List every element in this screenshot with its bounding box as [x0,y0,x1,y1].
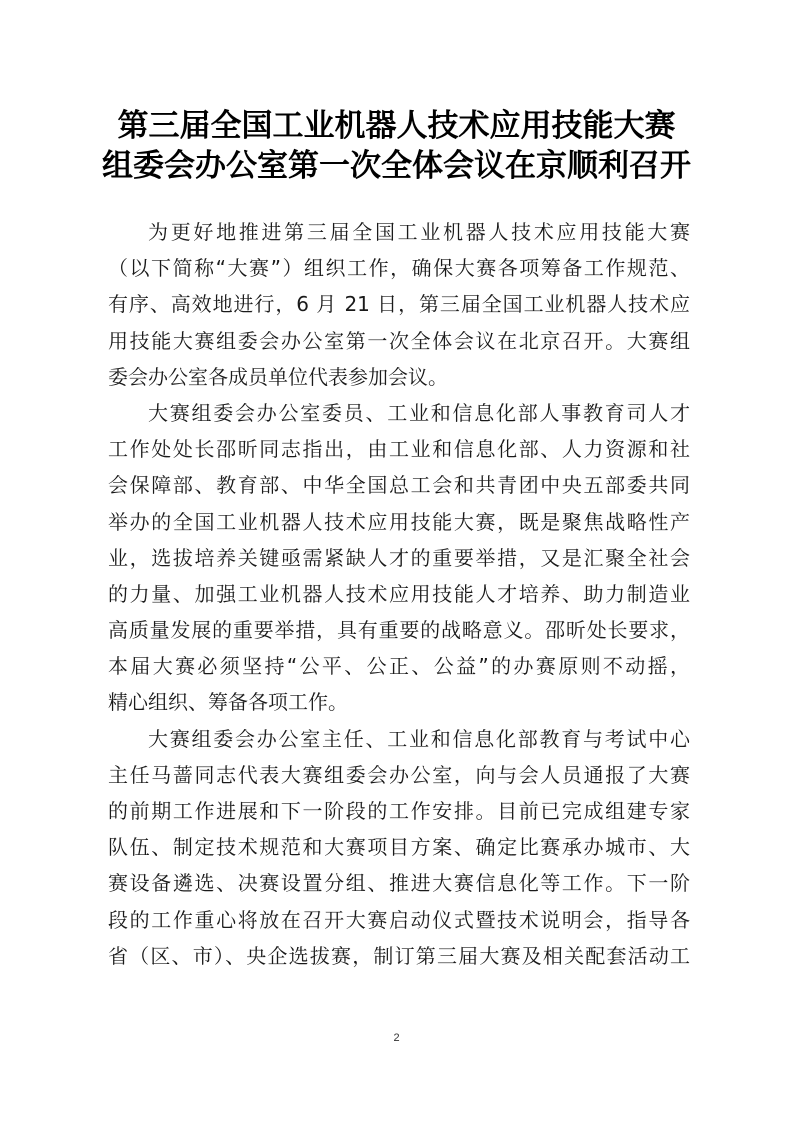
text-line: 队伍、制定技术规范和大赛项目方案、确定比赛承办城市、大 [108,829,690,865]
text-line: 委会办公室各成员单位代表参加会议。 [108,359,690,395]
document-body: 为更好地推进第三届全国工业机器人技术应用技能大赛 （以下简称“大赛”）组织工作，… [108,214,690,974]
paragraph-2: 大赛组委会办公室委员、工业和信息化部人事教育司人才 工作处处长邵昕同志指出，由工… [108,395,690,721]
paragraph-1: 为更好地推进第三届全国工业机器人技术应用技能大赛 （以下简称“大赛”）组织工作，… [108,214,690,395]
text-line: 省（区、市）、央企选拔赛，制订第三届大赛及相关配套活动工 [108,938,690,974]
text-line: 高质量发展的重要举措，具有重要的战略意义。邵昕处长要求， [108,612,690,648]
text-line: 的力量、加强工业机器人技术应用技能人才培养、助力制造业 [108,576,690,612]
document-title-line-1: 第三届全国工业机器人技术应用技能大赛 [0,100,793,145]
text-line: 精心组织、筹备各项工作。 [108,684,690,720]
text-line: 工作处处长邵昕同志指出，由工业和信息化部、人力资源和社 [108,431,690,467]
text-line: 大赛组委会办公室委员、工业和信息化部人事教育司人才 [108,395,690,431]
text-line: 主任马蔷同志代表大赛组委会办公室，向与会人员通报了大赛 [108,757,690,793]
text-line: 赛设备遴选、决赛设置分组、推进大赛信息化等工作。下一阶 [108,865,690,901]
paragraph-3: 大赛组委会办公室主任、工业和信息化部教育与考试中心 主任马蔷同志代表大赛组委会办… [108,721,690,974]
text-line: 本届大赛必须坚持“公平、公正、公益”的办赛原则不动摇， [108,648,690,684]
text-line: 为更好地推进第三届全国工业机器人技术应用技能大赛 [108,214,690,250]
document-page: 第三届全国工业机器人技术应用技能大赛 组委会办公室第一次全体会议在京顺利召开 为… [0,0,793,1122]
text-line: 段的工作重心将放在召开大赛启动仪式暨技术说明会，指导各 [108,902,690,938]
text-line: 大赛组委会办公室主任、工业和信息化部教育与考试中心 [108,721,690,757]
text-line: 有序、高效地进行，6 月 21 日，第三届全国工业机器人技术应 [108,286,690,322]
text-line: 用技能大赛组委会办公室第一次全体会议在北京召开。大赛组 [108,323,690,359]
text-line: 业，选拔培养关键亟需紧缺人才的重要举措，又是汇聚全社会 [108,540,690,576]
text-line: （以下简称“大赛”）组织工作，确保大赛各项筹备工作规范、 [108,250,690,286]
text-line: 会保障部、教育部、中华全国总工会和共青团中央五部委共同 [108,467,690,503]
page-number: 2 [0,1032,793,1044]
text-line: 举办的全国工业机器人技术应用技能大赛，既是聚焦战略性产 [108,504,690,540]
text-line: 的前期工作进展和下一阶段的工作安排。目前已完成组建专家 [108,793,690,829]
document-title-line-2: 组委会办公室第一次全体会议在京顺利召开 [0,140,793,185]
